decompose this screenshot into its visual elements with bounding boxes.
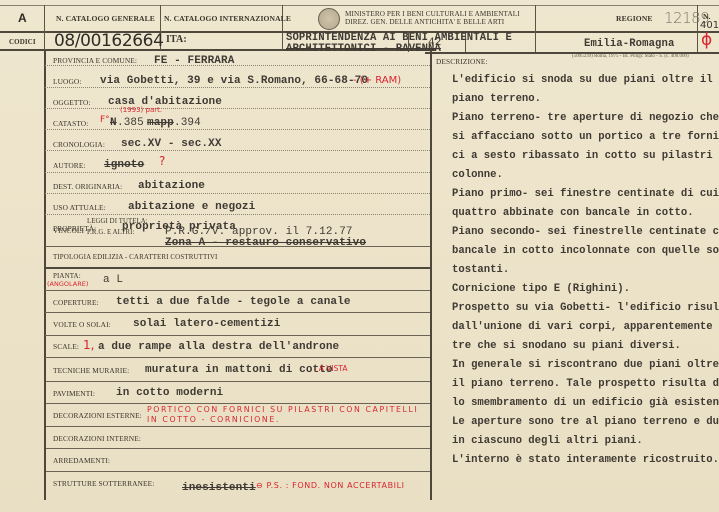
catasto-label: CATASTO: — [53, 119, 88, 128]
leggi-tutela-label: LEGGI DI TUTELA: — [87, 218, 148, 225]
descrizione-line: il piano terreno. Tale prospetto risulta… — [452, 378, 719, 390]
rule — [45, 335, 430, 336]
scale-value: a due rampe alla destra dell'androne — [98, 341, 339, 353]
rule — [45, 471, 430, 472]
prg-altri-label: P.R.G. E ALTRI: — [87, 229, 135, 236]
col-catalogo-generale: N. CATALOGO GENERALE — [56, 14, 155, 23]
ministry-line-1: MINISTERO PER I BENI CULTURALI E AMBIENT… — [345, 10, 520, 18]
codici-label: CODICI — [9, 38, 36, 46]
print-note: (5005239) Roma, 1975 - Ist. Poligr. Stat… — [572, 54, 689, 59]
rule — [45, 150, 430, 151]
decorazioni-esterne-annotation-1: PORTICO CON FORNICI SU PILASTRI CON CAPI… — [147, 405, 418, 414]
decorazioni-esterne-annotation-2: IN COTTO - CORNICIONE. — [147, 415, 280, 424]
vline-int — [282, 5, 283, 50]
pavimenti-value: in cotto moderni — [116, 387, 223, 399]
catasto-annotation-above: (1993) part. — [120, 106, 162, 114]
cronologia-label: CRONOLOGIA: — [53, 140, 105, 149]
descrizione-line: lo smembramento di un edificio già esist… — [452, 397, 719, 409]
rule — [45, 403, 430, 404]
coperture-label: COPERTURE: — [53, 298, 99, 307]
autore-annotation: ? — [159, 154, 165, 168]
provincia-label: PROVINCIA E COMUNE: — [53, 56, 137, 65]
rule — [45, 448, 430, 449]
tecniche-value: muratura in mattoni di cotto — [145, 364, 333, 376]
dest-originaria-value: abitazione — [138, 180, 205, 192]
decorazioni-interne-label: DECORAZIONI INTERNE: — [53, 434, 141, 443]
rule — [45, 193, 430, 194]
descrizione-line: Prospetto su via Gobetti- l'edificio ris… — [452, 302, 719, 314]
strutture-sotterranee-value: inesistenti — [182, 482, 256, 494]
volte-value: solai latero-cementizi — [133, 318, 280, 330]
catalogo-generale-value: 08/00162664 — [54, 31, 164, 51]
decorazioni-esterne-label: DECORAZIONI ESTERNE: — [53, 411, 142, 420]
left-frame — [44, 50, 46, 376]
descrizione-line: Le aperture sono tre al piano terreno e … — [452, 416, 719, 428]
tipologia-section-title: TIPOLOGIA EDILIZIA - CARATTERI COSTRUTTI… — [53, 253, 217, 261]
autore-value: ignoto — [104, 159, 144, 171]
rule — [45, 290, 430, 291]
descrizione-line: dall'unione di vari corpi, apparentement… — [452, 321, 713, 333]
rule — [45, 381, 430, 382]
cronologia-value: sec.XV - sec.XX — [121, 138, 222, 150]
left-frame-lower — [44, 375, 46, 500]
rule — [45, 312, 430, 313]
rule — [45, 129, 430, 130]
tecniche-annotation: , A VISTA — [314, 364, 348, 373]
descrizione-line: L'interno è stato interamente ricostruit… — [452, 454, 719, 466]
ita-prefix: ITA: — [166, 34, 187, 45]
rule — [45, 267, 430, 269]
scale-label: SCALE: — [53, 342, 79, 351]
vline-regione — [535, 5, 536, 52]
luogo-label: LUOGO: — [53, 77, 82, 86]
descrizione-line: In generale si riscontrano due piani olt… — [452, 359, 719, 371]
descrizione-line: in ciascuno degli altri piani. — [452, 435, 643, 447]
regione-label: REGIONE — [616, 14, 653, 23]
vincoli-value-line-2: Zona A - restauro conservativo — [165, 237, 366, 249]
n-mark: ϕ — [701, 30, 712, 50]
rule — [45, 87, 430, 88]
uso-attuale-label: USO ATTUALE: — [53, 203, 106, 212]
rule — [45, 426, 430, 427]
descrizione-line: L'edificio si snoda su due piani oltre i… — [452, 74, 713, 86]
descrizione-line: Piano secondo- sei finestrelle centinate… — [452, 226, 719, 238]
luogo-value: via Gobetti, 39 e via S.Romano, 66-68-70 — [100, 75, 368, 87]
catasto-value-b: .394 — [174, 117, 201, 129]
descrizione-line: colonne. — [452, 169, 503, 181]
descrizione-line: piano terreno. — [452, 93, 541, 105]
descrizione-line: si affacciano sotto un portico a tre for… — [452, 131, 719, 143]
descrizione-line: Piano primo- sei finestre centinate di c… — [452, 188, 719, 200]
form-letter: A — [18, 11, 27, 25]
rule — [45, 172, 430, 173]
volte-label: VOLTE o SOLAI: — [53, 320, 111, 329]
code-42: 42 — [428, 37, 441, 49]
mid-frame-lower — [430, 375, 432, 500]
vincoli-label: VINCOLI — [53, 226, 84, 235]
descrizione-line: ci a sesto ribassato in cotto su pilastr… — [452, 150, 719, 162]
descrizione-line: bancale in cotto incolonnate con quelle … — [452, 245, 719, 257]
republic-emblem-icon — [318, 8, 340, 30]
vline-a — [44, 5, 45, 50]
pianta-annotation: (ANGOLARE) — [47, 280, 88, 288]
descrizione-label: DESCRIZIONE: — [436, 57, 488, 66]
catasto-prefix-annotation: F° — [100, 115, 110, 125]
strutture-sotterranee-label: STRUTTURE SOTTERRANEE: — [53, 479, 154, 488]
top-border — [0, 5, 719, 6]
pavimenti-label: PAVIMENTI: — [53, 389, 95, 398]
catasto-struck-word: mapp — [147, 117, 174, 129]
descrizione-line: Piano terreno- tre aperture di negozio c… — [452, 112, 719, 124]
pianta-label: PIANTA: — [53, 272, 81, 280]
rule — [45, 357, 430, 358]
coperture-value: tetti a due falde - tegole a canale — [116, 296, 351, 308]
oggetto-label: OGGETTO: — [53, 98, 91, 107]
mid-frame — [430, 50, 432, 375]
dest-originaria-label: DEST. ORIGINARIA: — [53, 182, 122, 191]
col-catalogo-internazionale: N. CATALOGO INTERNAZIONALE — [164, 14, 291, 23]
uso-attuale-value: abitazione e negozi — [128, 201, 255, 213]
luogo-annotation: - (+ RAM) — [353, 75, 401, 86]
tecniche-label: TECNICHE MURARIE: — [53, 366, 129, 375]
rule — [45, 108, 430, 109]
catalog-card: A N. CATALOGO GENERALE N. CATALOGO INTER… — [0, 0, 719, 512]
strutture-sotterranee-annotation: ⊖ P.S. : FOND. NON ACCERTABILI — [256, 481, 405, 490]
descrizione-line: tre che si snodano su piani diversi. — [452, 340, 681, 352]
descrizione-line: Cornicione tipo E (Righini). — [452, 283, 630, 295]
provincia-value: FE - FERRARA — [154, 55, 234, 67]
scale-annotation: 1, — [83, 338, 94, 352]
descrizione-line: tostanti. — [452, 264, 509, 276]
regione-value: Emilia-Romagna — [584, 38, 674, 50]
descrizione-line: quattro abbinate con bancale in cotto. — [452, 207, 694, 219]
catasto-struck-prefix: N — [110, 117, 117, 129]
rule — [45, 65, 430, 66]
soprintendenza-line-2: ARCHITETTONICI - RAVENNA — [286, 43, 441, 55]
ministry-line-2: DIREZ. GEN. DELLE ANTICHITA' E BELLE ART… — [345, 18, 504, 26]
arredamenti-label: ARREDAMENTI: — [53, 456, 110, 465]
catasto-value-a: .385 — [117, 117, 144, 129]
pianta-value: a L — [103, 274, 123, 286]
rule — [45, 214, 430, 215]
autore-label: AUTORE: — [53, 161, 86, 170]
